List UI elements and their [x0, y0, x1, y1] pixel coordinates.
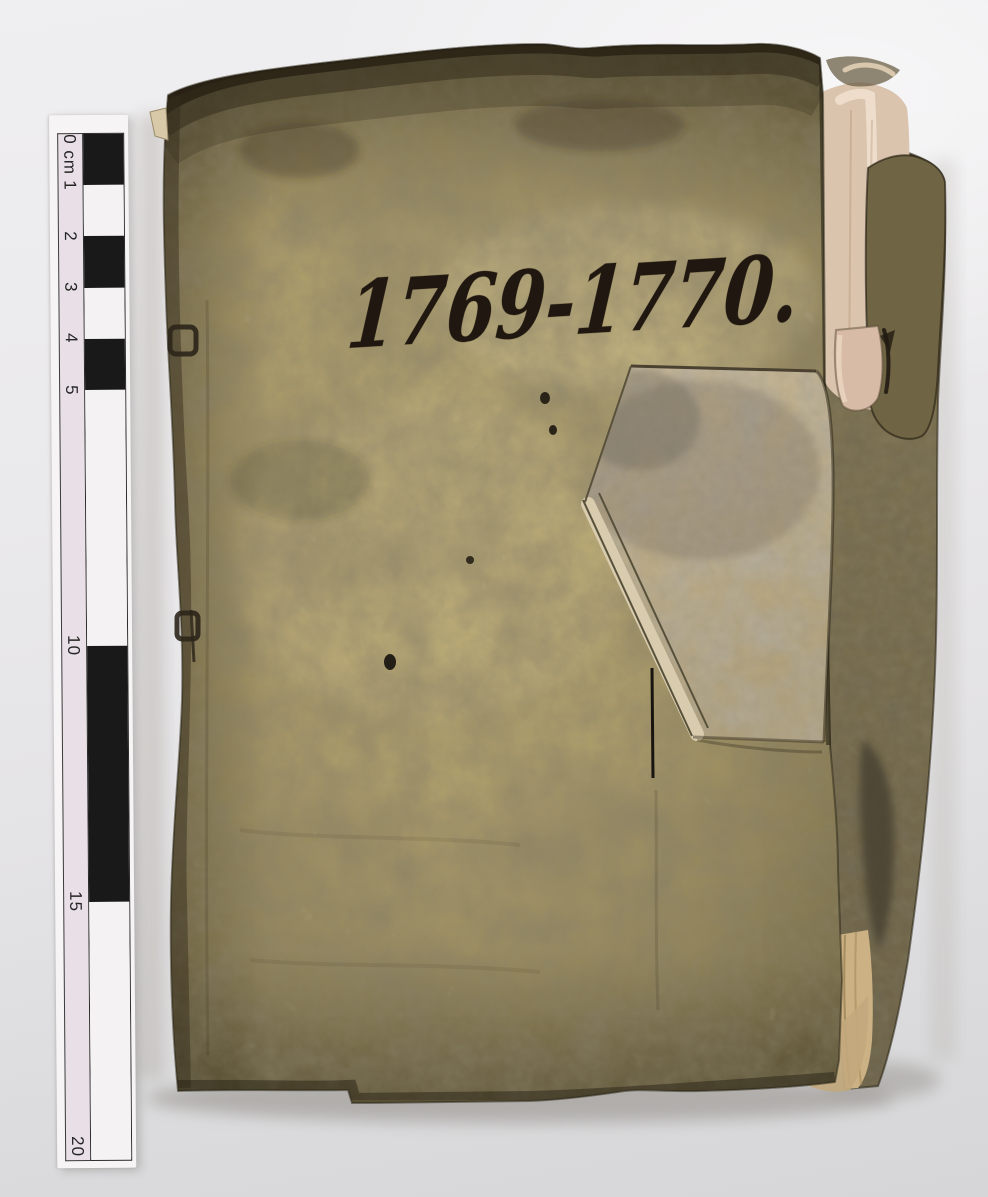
scale-label-10cm: 10	[65, 635, 82, 656]
scale-segment-10-15cm	[87, 646, 129, 902]
scale-segment-0-1cm	[83, 134, 123, 186]
scale-label-0cm: 0 cm	[61, 134, 78, 175]
scale-label-20cm: 20	[69, 1136, 86, 1157]
scale-bar: 0 cm12345101520	[49, 115, 136, 1169]
scale-segment-3-4cm	[84, 287, 124, 339]
scale-segment-4-5cm	[85, 339, 125, 391]
scale-label-15cm: 15	[67, 891, 84, 912]
manuscript-book-photo: 1769-1770.	[0, 0, 988, 1197]
scale-label-3cm: 3	[62, 282, 79, 293]
photo-stage: 0 cm12345101520	[0, 0, 988, 1197]
scale-label-4cm: 4	[63, 333, 80, 344]
scale-label-2cm: 2	[62, 231, 79, 242]
scale-label-5cm: 5	[63, 385, 80, 396]
scale-segment-5-10cm	[85, 390, 127, 646]
spine-crease	[207, 300, 208, 1055]
scale-segment-2-3cm	[84, 236, 124, 288]
scale-label-1cm: 1	[62, 180, 79, 191]
scale-bar-blocks	[82, 133, 132, 1161]
scale-segment-15-20cm	[89, 902, 131, 1158]
scale-segment-1-2cm	[84, 185, 124, 237]
